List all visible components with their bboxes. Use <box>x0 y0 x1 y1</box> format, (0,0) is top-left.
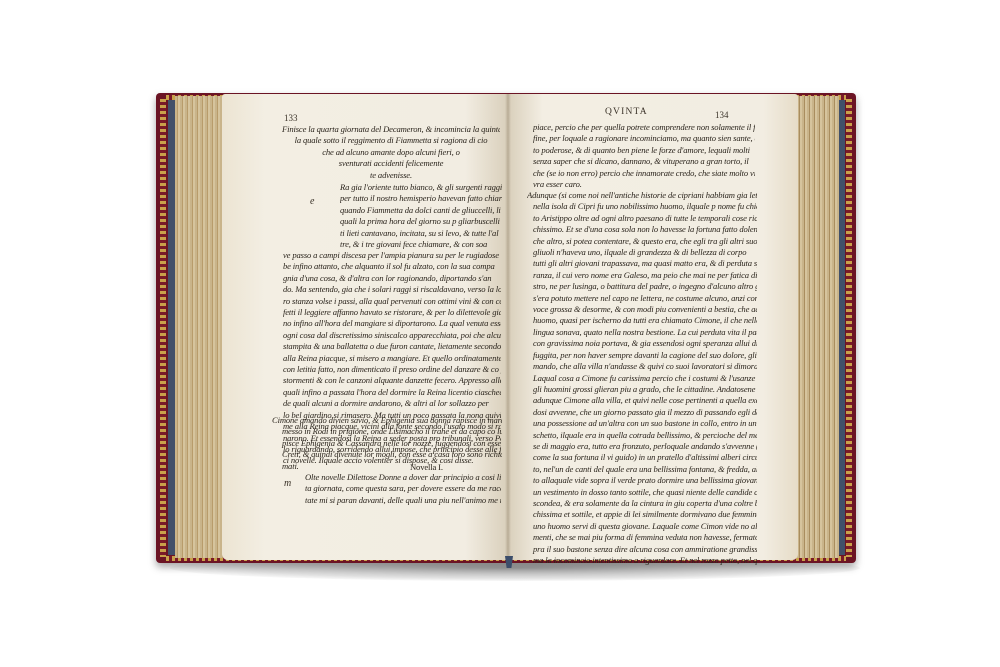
text-line: dosi avvenne, che un giorno passato gia … <box>527 407 757 418</box>
text-line: pra il suo bastone senza dire alcuna cos… <box>527 544 757 555</box>
text-line: ta giornata, come questa sara, per dover… <box>305 483 501 494</box>
text-line: ve passo a campi discesa per l'ampia pia… <box>283 250 501 261</box>
text-line: Ra gia l'oriente tutto bianco, & gli sur… <box>340 182 502 193</box>
text-line: do. Ma sentendo, gia che i solari raggi … <box>283 284 501 295</box>
running-head: QVINTA <box>605 107 648 117</box>
rubric-line: la quale sotto il reggimento di Fiammett… <box>282 135 500 146</box>
page-block-left <box>175 96 223 558</box>
gilt-border-right <box>846 99 852 557</box>
text-line: ogni cosa dal discretissimo siniscalco a… <box>283 330 501 341</box>
text-line: quali infino a passata l'hora del dormir… <box>283 387 501 398</box>
rubric-line: sventurati accidenti felicemente <box>282 158 500 169</box>
text-line: per tutto il nostro hemisperio havevan f… <box>340 193 502 204</box>
text-line: nella isola di Cipri fu uno nobilissimo … <box>527 201 757 212</box>
novella-text: Olte novelle Dilettose Donne a dover dar… <box>305 472 501 506</box>
text-line: quando Fiammetta da dolci canti de gliuc… <box>340 205 502 216</box>
text-line: piace, percio che per quella potrete com… <box>533 122 755 133</box>
text-line: to allaquale vide sopra il verde prato d… <box>527 475 757 486</box>
rubric-line: Finisce la quarta giornata del Decameron… <box>282 124 500 135</box>
text-line: un vestimento in dosso tanto sottile, ch… <box>527 487 757 498</box>
text-line: Creti, & quindi divenute lor mogli, con … <box>272 449 502 460</box>
text-line: to, nel'un de canti del quale era una be… <box>527 464 757 475</box>
text-line: de quali alcuni a dormire andarono, & al… <box>283 398 501 409</box>
text-line: Adunque (si come noi nell'antiche histor… <box>527 190 757 201</box>
text-line: to poderose, & di quanto ben piene le fo… <box>533 145 755 156</box>
text-line: scondea, & era solamente da la cintura i… <box>527 498 757 509</box>
guide-letter-2: m <box>284 478 291 489</box>
text-line: come la sua fortuna il vi guido) in un p… <box>527 452 757 463</box>
text-line: che (se io non erro) percio che innamora… <box>533 168 755 179</box>
right-page-number: 134 <box>715 110 729 120</box>
text-line: no infino all'hora del mangiare si dipor… <box>283 318 501 329</box>
text-line: uno huomo servi di questa giovane. Laqua… <box>527 521 757 532</box>
text-line: ranza, il cui vero nome era Galeso, ma p… <box>527 270 757 281</box>
right-body: Adunque (si come noi nell'antiche histor… <box>527 190 757 566</box>
text-line: vra esser caro. <box>533 179 755 190</box>
novella-argument: Cimone amando divien savio, & Ephigenia … <box>272 415 502 472</box>
rubric: Finisce la quarta giornata del Decameron… <box>282 124 500 181</box>
text-line: una possessione ad un'altra con un suo b… <box>527 418 757 429</box>
text-line: to Aristippo oltre ad ogni altro paesano… <box>527 213 757 224</box>
text-line: se di maggio era, tutto era fronzuto, pe… <box>527 441 757 452</box>
text-line: che altro, si potea contentare, & questo… <box>527 236 757 247</box>
text-line: gli huomini grossi glieran piu a grado, … <box>527 384 757 395</box>
text-line: adunque Cimone alla villa, et quivi nell… <box>527 395 757 406</box>
text-line: lingua sonava, quato nella nostra bestio… <box>527 327 757 338</box>
text-line: senza saper che si dicano, dannano, & vi… <box>533 156 755 167</box>
text-line: tutti gli altri giovani trapassava, ma q… <box>527 258 757 269</box>
text-line: alla Reina piacque, si misero a mangiare… <box>283 353 501 364</box>
text-line: con letitia fatto, non dimenticato il pr… <box>283 364 501 375</box>
right-body-intro: piace, percio che per quella potrete com… <box>533 122 755 190</box>
text-line: tre, & i tre giovani fece chiamare, & co… <box>340 239 502 250</box>
text-line: fuggita, per non haver sempre davanti la… <box>527 350 757 361</box>
text-line: gnia d'una cosa, & d'altra con lor ragio… <box>283 273 501 284</box>
text-line: stampita & una ballatetta o due furon ca… <box>283 341 501 352</box>
text-line: mando, che alla villa n'andasse & quivi … <box>527 361 757 372</box>
text-line: schetto, ilquale era in quella cotrada b… <box>527 430 757 441</box>
page-block-right <box>797 96 839 558</box>
text-line: fine, per loquale a ragionare incomincia… <box>533 133 755 144</box>
text-line: Cimone amando divien savio, & Ephigenia … <box>272 415 502 426</box>
book-gutter <box>505 94 511 560</box>
rubric-line: te advenisse. <box>282 170 500 181</box>
text-line: voce grossa & desorme, & con modi piu co… <box>527 304 757 315</box>
text-line: fetti il leggiere affanno havuto se rist… <box>283 307 501 318</box>
text-line: menti, che se mai piu forma di femmina v… <box>527 532 757 543</box>
text-line: gliuoli n'haveva uno, ilquale di grandez… <box>527 247 757 258</box>
gilt-border-left <box>160 99 166 557</box>
text-line: huomo, quasi per ischerno da tutti era c… <box>527 315 757 326</box>
rubric-line: che ad alcuno amante dopo alcuni fieri, … <box>282 147 500 158</box>
text-line: s'era potuto mettere nel capo ne lettera… <box>527 293 757 304</box>
text-line: be infino attanto, che alquanto il sol f… <box>283 261 501 272</box>
text-line: con gravissima noia portava, & gia essen… <box>527 338 757 349</box>
text-line: stro, ne per lusinga, o battitura del pa… <box>527 281 757 292</box>
text-line: ti lieti cantavano, incitata, su si levo… <box>340 228 502 239</box>
text-line: chissima et sottile, et appie di lei sim… <box>527 509 757 520</box>
text-line: Olte novelle Dilettose Donne a dover dar… <box>305 472 501 483</box>
text-line: tate mi si paran davanti, delle quali un… <box>305 495 501 506</box>
text-line: pisce Ephigenia & Cassandra nelle lor no… <box>272 438 502 449</box>
text-line: ma la incomincio intentissimo a riguarda… <box>527 555 757 566</box>
endpaper-right <box>838 100 845 555</box>
text-line: ro stanza volse i passi, alla qual perve… <box>283 296 501 307</box>
guide-letter: e <box>310 196 314 207</box>
text-line: chissimo. Et se d'una cosa sola non lo h… <box>527 224 757 235</box>
left-body-indented: Ra gia l'oriente tutto bianco, & gli sur… <box>340 182 502 250</box>
left-page-number: 133 <box>284 113 298 123</box>
text-line: mati. <box>272 461 502 472</box>
text-line: messo in Rodi in prigione, onde Lisimach… <box>272 426 502 437</box>
text-line: stormenti & con le canzoni alquante danz… <box>283 375 501 386</box>
text-line: Laqual cosa a Cimone fu carissima percio… <box>527 373 757 384</box>
text-line: quali la prima hora del giorno su p glia… <box>340 216 502 227</box>
endpaper-left <box>168 100 175 555</box>
